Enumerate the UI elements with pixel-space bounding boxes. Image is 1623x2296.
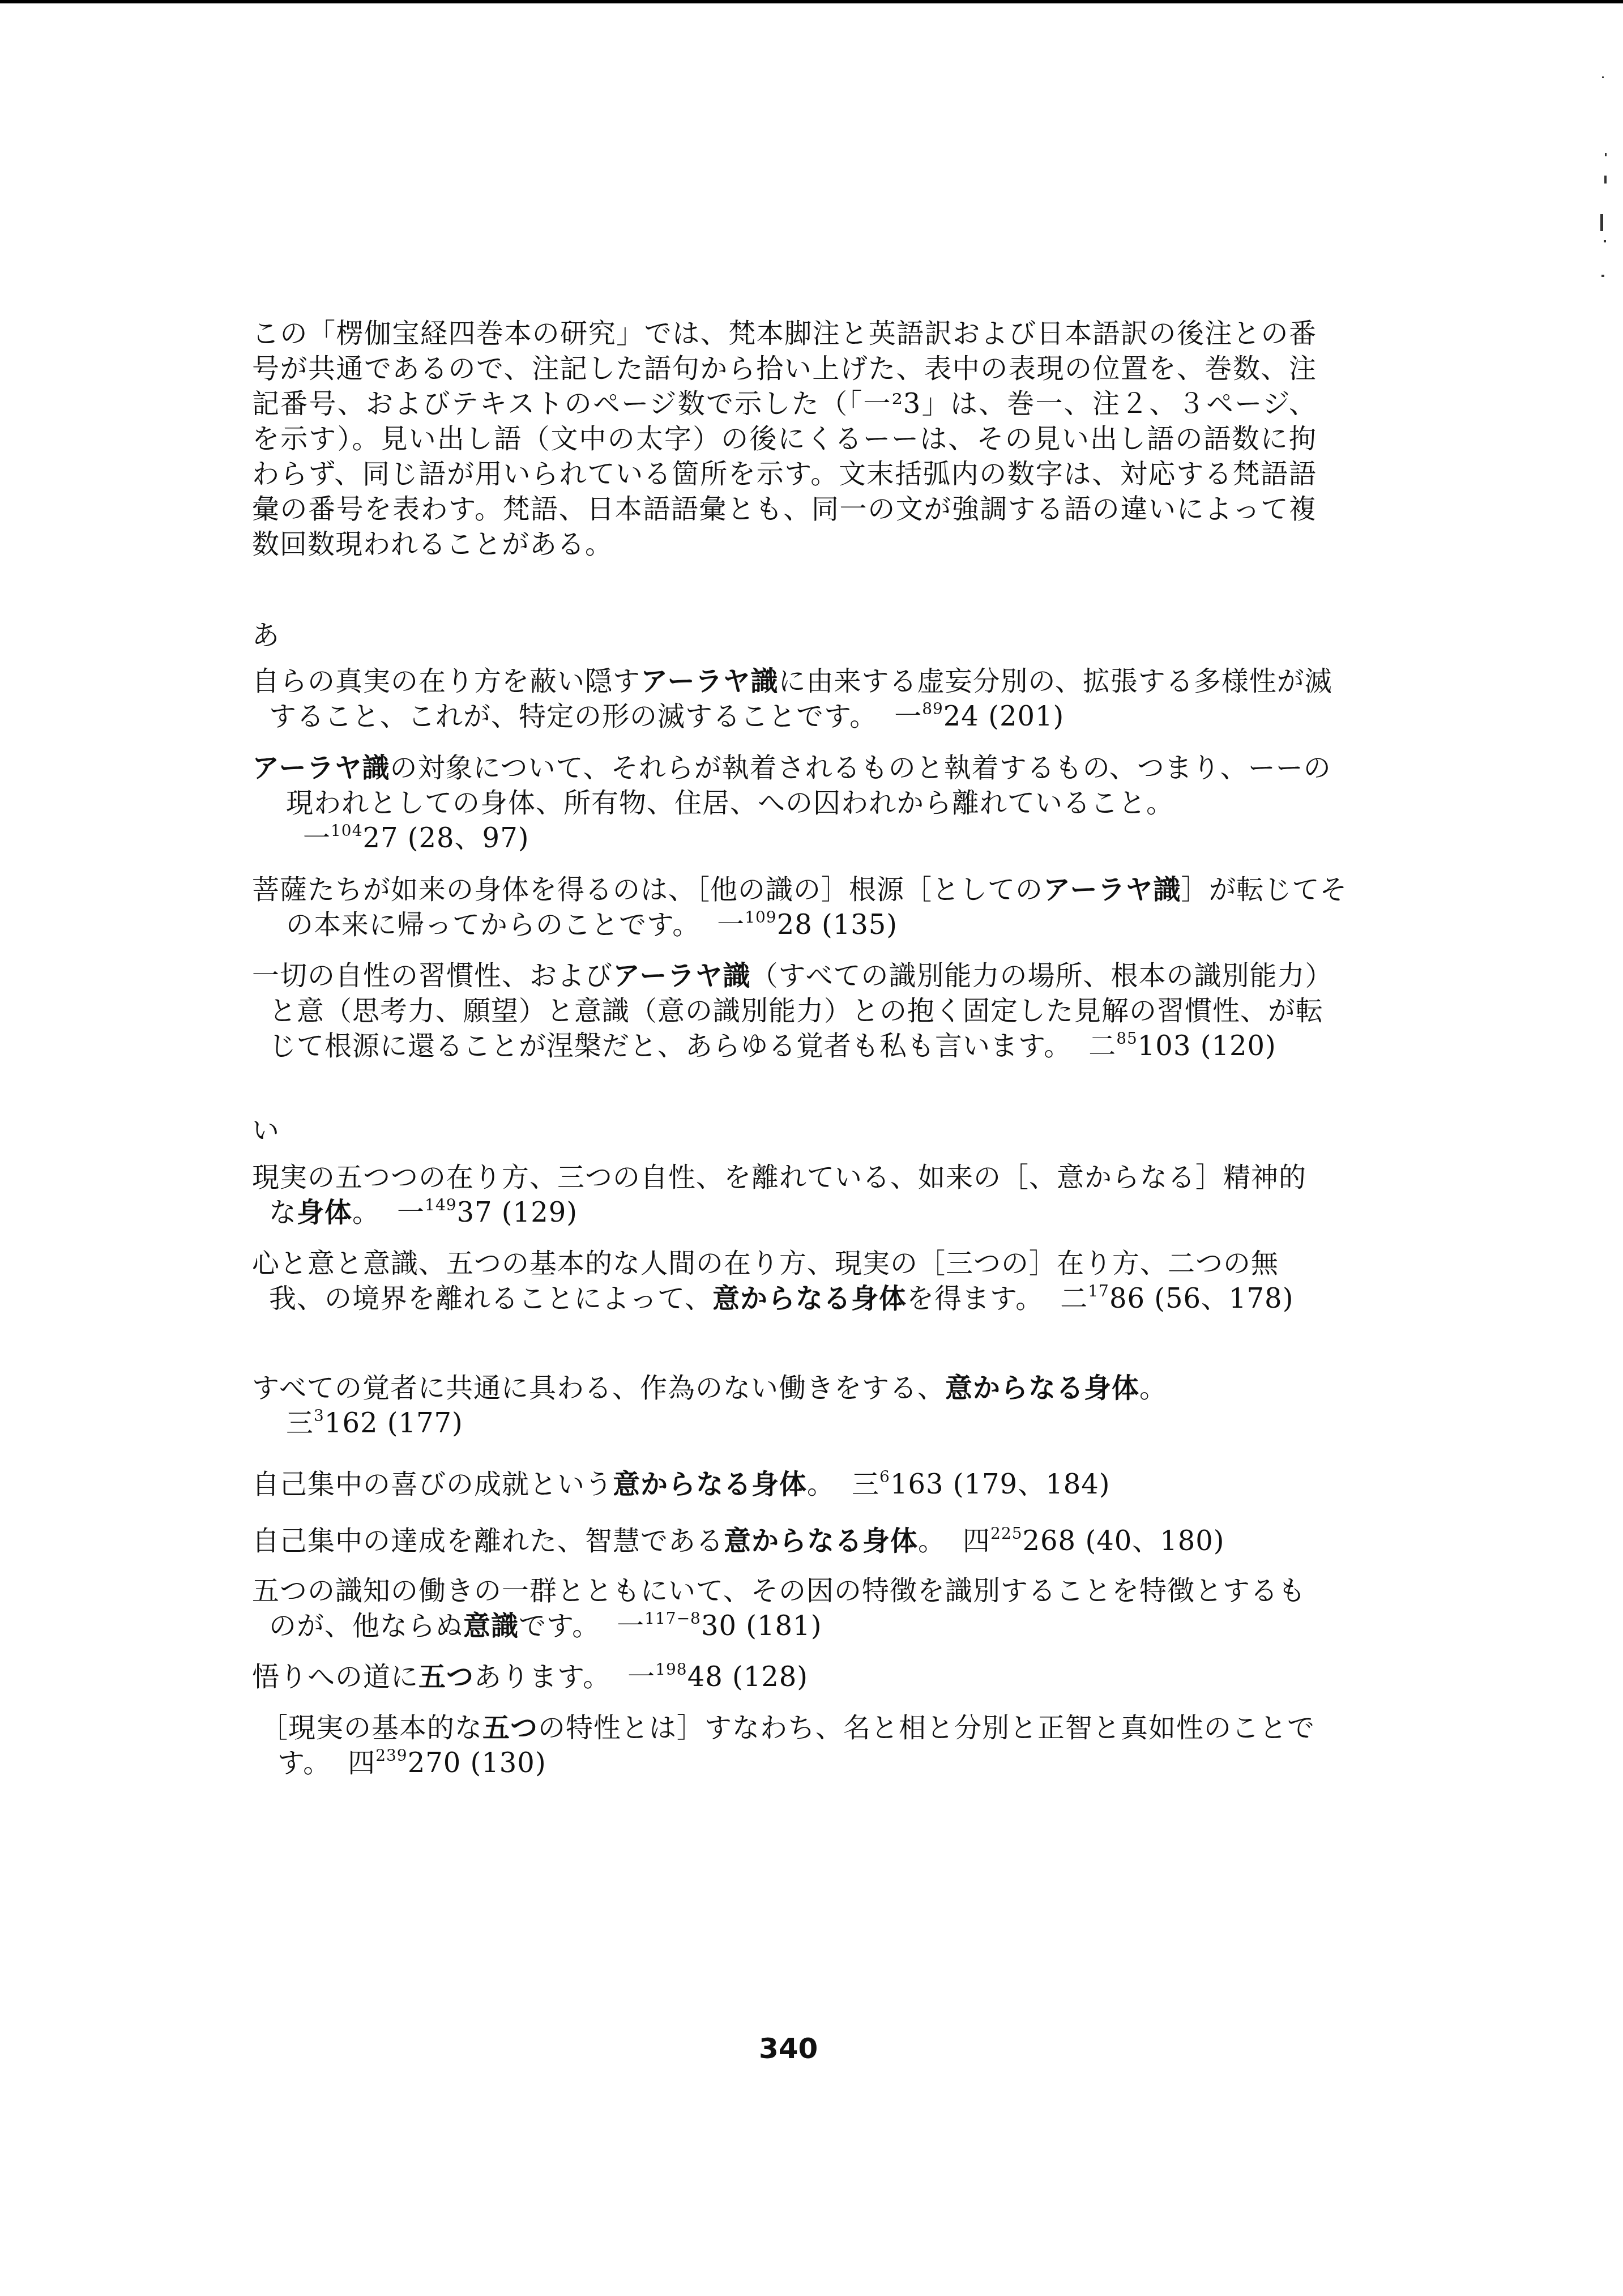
headword: アーラヤ識 [613, 960, 751, 992]
headword: アーラヤ識 [252, 752, 390, 784]
intro-paragraph: この「楞伽宝経四巻本の研究」では、梵本脚注と英語訳および日本語訳の後注との番号が… [252, 316, 1317, 562]
headword: 身体 [297, 1197, 352, 1228]
glossary-entry: 一切の自性の習慣性、およびアーラヤ識（すべての識別能力の場所、根本の識別能力）と… [252, 958, 1334, 1064]
reference: 一14937 (129) [397, 1197, 578, 1228]
section-heading-i: い [252, 1113, 279, 1147]
scan-speck [1602, 76, 1604, 78]
headword: 意からなる身体 [724, 1525, 918, 1557]
glossary-entry: 自らの真実の在り方を蔽い隠すアーラヤ識に由来する虚妄分別の、拡張する多様性が滅す… [252, 664, 1334, 734]
reference: 二1786 (56、178) [1060, 1283, 1293, 1315]
glossary-entry: アーラヤ識の対象について、それらが執着されるものと執着するもの、つまり、ーーの現… [252, 750, 1351, 856]
scan-speck [1605, 153, 1607, 156]
page-number: 340 [759, 2032, 818, 2065]
reference: 一117−830 (181) [617, 1610, 822, 1642]
reference: 一10427 (28、97) [303, 822, 529, 854]
section-heading-a: あ [252, 618, 279, 652]
reference: 一10928 (135) [717, 909, 898, 941]
glossary-entry: 自己集中の達成を離れた、智慧である意からなる身体。四225268 (40、180… [252, 1523, 1334, 1559]
glossary-entry: 心と意と意識、五つの基本的な人間の在り方、現実の［三つの］在り方、二つの無我、の… [252, 1246, 1334, 1316]
headword: アーラヤ識 [1043, 874, 1181, 906]
scan-speck [1604, 240, 1606, 242]
glossary-entry: 悟りへの道に五つあります。一19848 (128) [252, 1659, 1334, 1695]
scan-top-border [0, 0, 1623, 3]
reference: 一19848 (128) [627, 1661, 808, 1693]
glossary-entry: 自己集中の喜びの成就という意からなる身体。三6163 (179、184) [252, 1467, 1334, 1502]
scan-speck [1600, 214, 1603, 231]
glossary-entry: 現実の五つつの在り方、三つの自性、を離れている、如来の［、意からなる］精神的な身… [252, 1160, 1334, 1230]
reference: 三3162 (177) [286, 1407, 463, 1439]
reference: 三6163 (179、184) [852, 1469, 1110, 1500]
reference: 四225268 (40、180) [963, 1525, 1225, 1557]
reference: 二85103 (120) [1088, 1030, 1276, 1062]
reference: 一8924 (201) [894, 701, 1064, 732]
glossary-entry: 五つの識知の働きの一群とともにいて、その因の特徴を識別することを特徴とするものが… [252, 1573, 1334, 1644]
reference: 四239270 (130) [348, 1747, 546, 1779]
headword: 五つ [418, 1661, 474, 1693]
headword: アーラヤ識 [640, 665, 779, 697]
headword: 意識 [463, 1610, 519, 1642]
headword: 意からなる身体 [945, 1372, 1139, 1404]
headword: 意からなる身体 [712, 1283, 907, 1315]
glossary-entry: 菩薩たちが如来の身体を得るのは、［他の識の］根源［としてのアーラヤ識］が転じてそ… [252, 872, 1351, 942]
glossary-entry: ［現実の基本的な五つの特性とは］すなわち、名と相と分別と正智と真如性のことです。… [260, 1710, 1342, 1781]
glossary-entry: すべての覚者に共通に具わる、作為のない働きをする、意からなる身体。三3162 (… [252, 1371, 1334, 1441]
scan-speck [1601, 275, 1604, 277]
headword: 意からなる身体 [613, 1469, 807, 1500]
scan-speck [1604, 176, 1607, 183]
headword: 五つ [482, 1712, 538, 1744]
